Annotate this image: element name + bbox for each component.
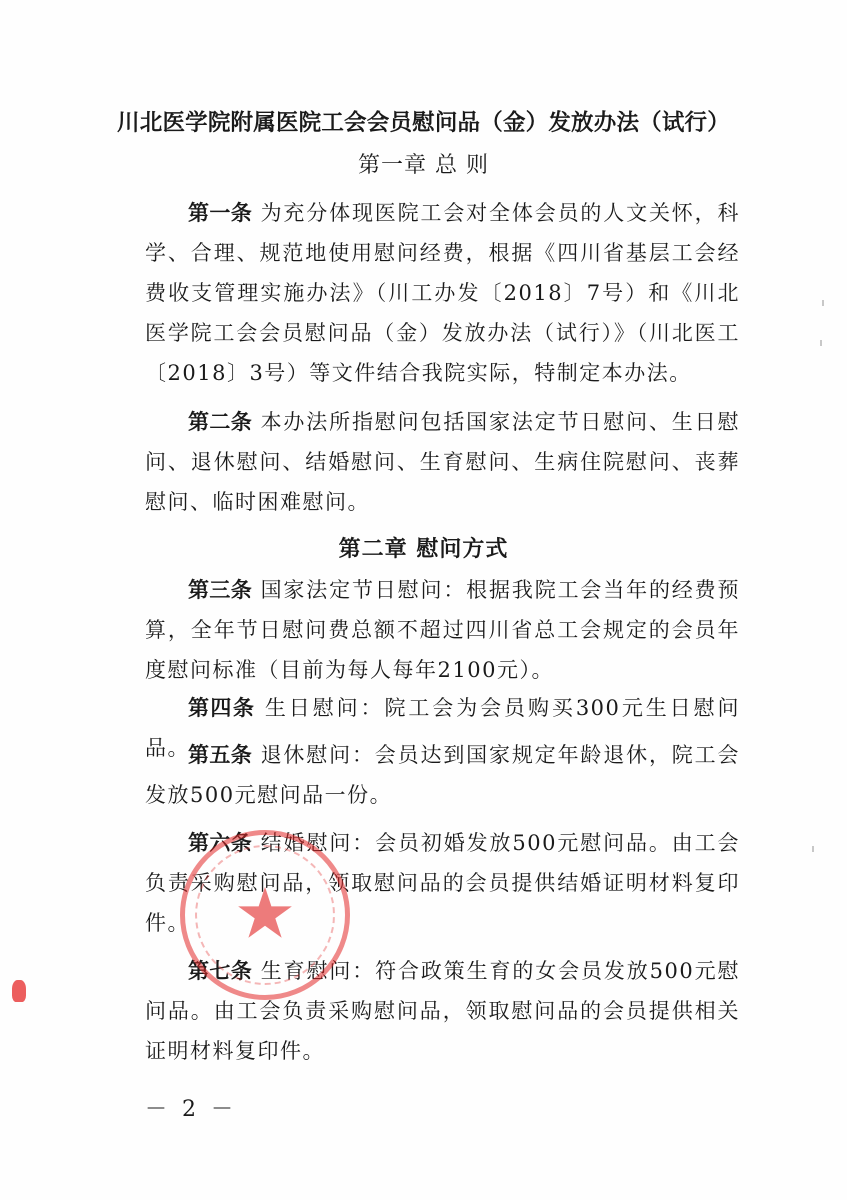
- article-1: 第一条 为充分体现医院工会对全体会员的人文关怀，科学、合理、规范地使用慰问经费，…: [145, 193, 740, 393]
- article-lead: 第一条: [188, 201, 252, 225]
- scan-speck: [820, 340, 822, 346]
- article-text: 为充分体现医院工会对全体会员的人文关怀，科学、合理、规范地使用慰问经费，根据《四…: [145, 201, 740, 385]
- chapter-heading-1: 第一章 总 则: [0, 148, 847, 179]
- article-lead: 第四条: [188, 696, 255, 720]
- article-lead: 第二条: [188, 410, 252, 434]
- article-3: 第三条 国家法定节日慰问：根据我院工会当年的经费预算，全年节日慰问费总额不超过四…: [145, 570, 740, 690]
- article-2: 第二条 本办法所指慰问包括国家法定节日慰问、生日慰问、退休慰问、结婚慰问、生育慰…: [145, 402, 740, 522]
- seal-edge-mark: [12, 980, 26, 1002]
- document-title: 川北医学院附属医院工会会员慰问品（金）发放办法（试行）: [0, 105, 847, 137]
- scan-speck: [812, 846, 814, 852]
- article-lead: 第七条: [188, 959, 252, 983]
- chapter-heading-2: 第二章 慰问方式: [0, 532, 847, 563]
- page-number: － 2 －: [145, 1092, 237, 1123]
- document-page: 川北医学院附属医院工会会员慰问品（金）发放办法（试行） 第一章 总 则 第一条 …: [0, 0, 847, 1200]
- article-5: 第五条 退休慰问：会员达到国家规定年龄退休，院工会发放500元慰问品一份。: [145, 735, 740, 815]
- article-6: 第六条 结婚慰问：会员初婚发放500元慰问品。由工会负责采购慰问品，领取慰问品的…: [145, 823, 740, 943]
- article-7: 第七条 生育慰问：符合政策生育的女会员发放500元慰问品。由工会负责采购慰问品，…: [145, 951, 740, 1071]
- article-lead: 第六条: [188, 831, 252, 855]
- article-lead: 第三条: [188, 578, 252, 602]
- article-lead: 第五条: [188, 743, 252, 767]
- scan-speck: [822, 300, 824, 306]
